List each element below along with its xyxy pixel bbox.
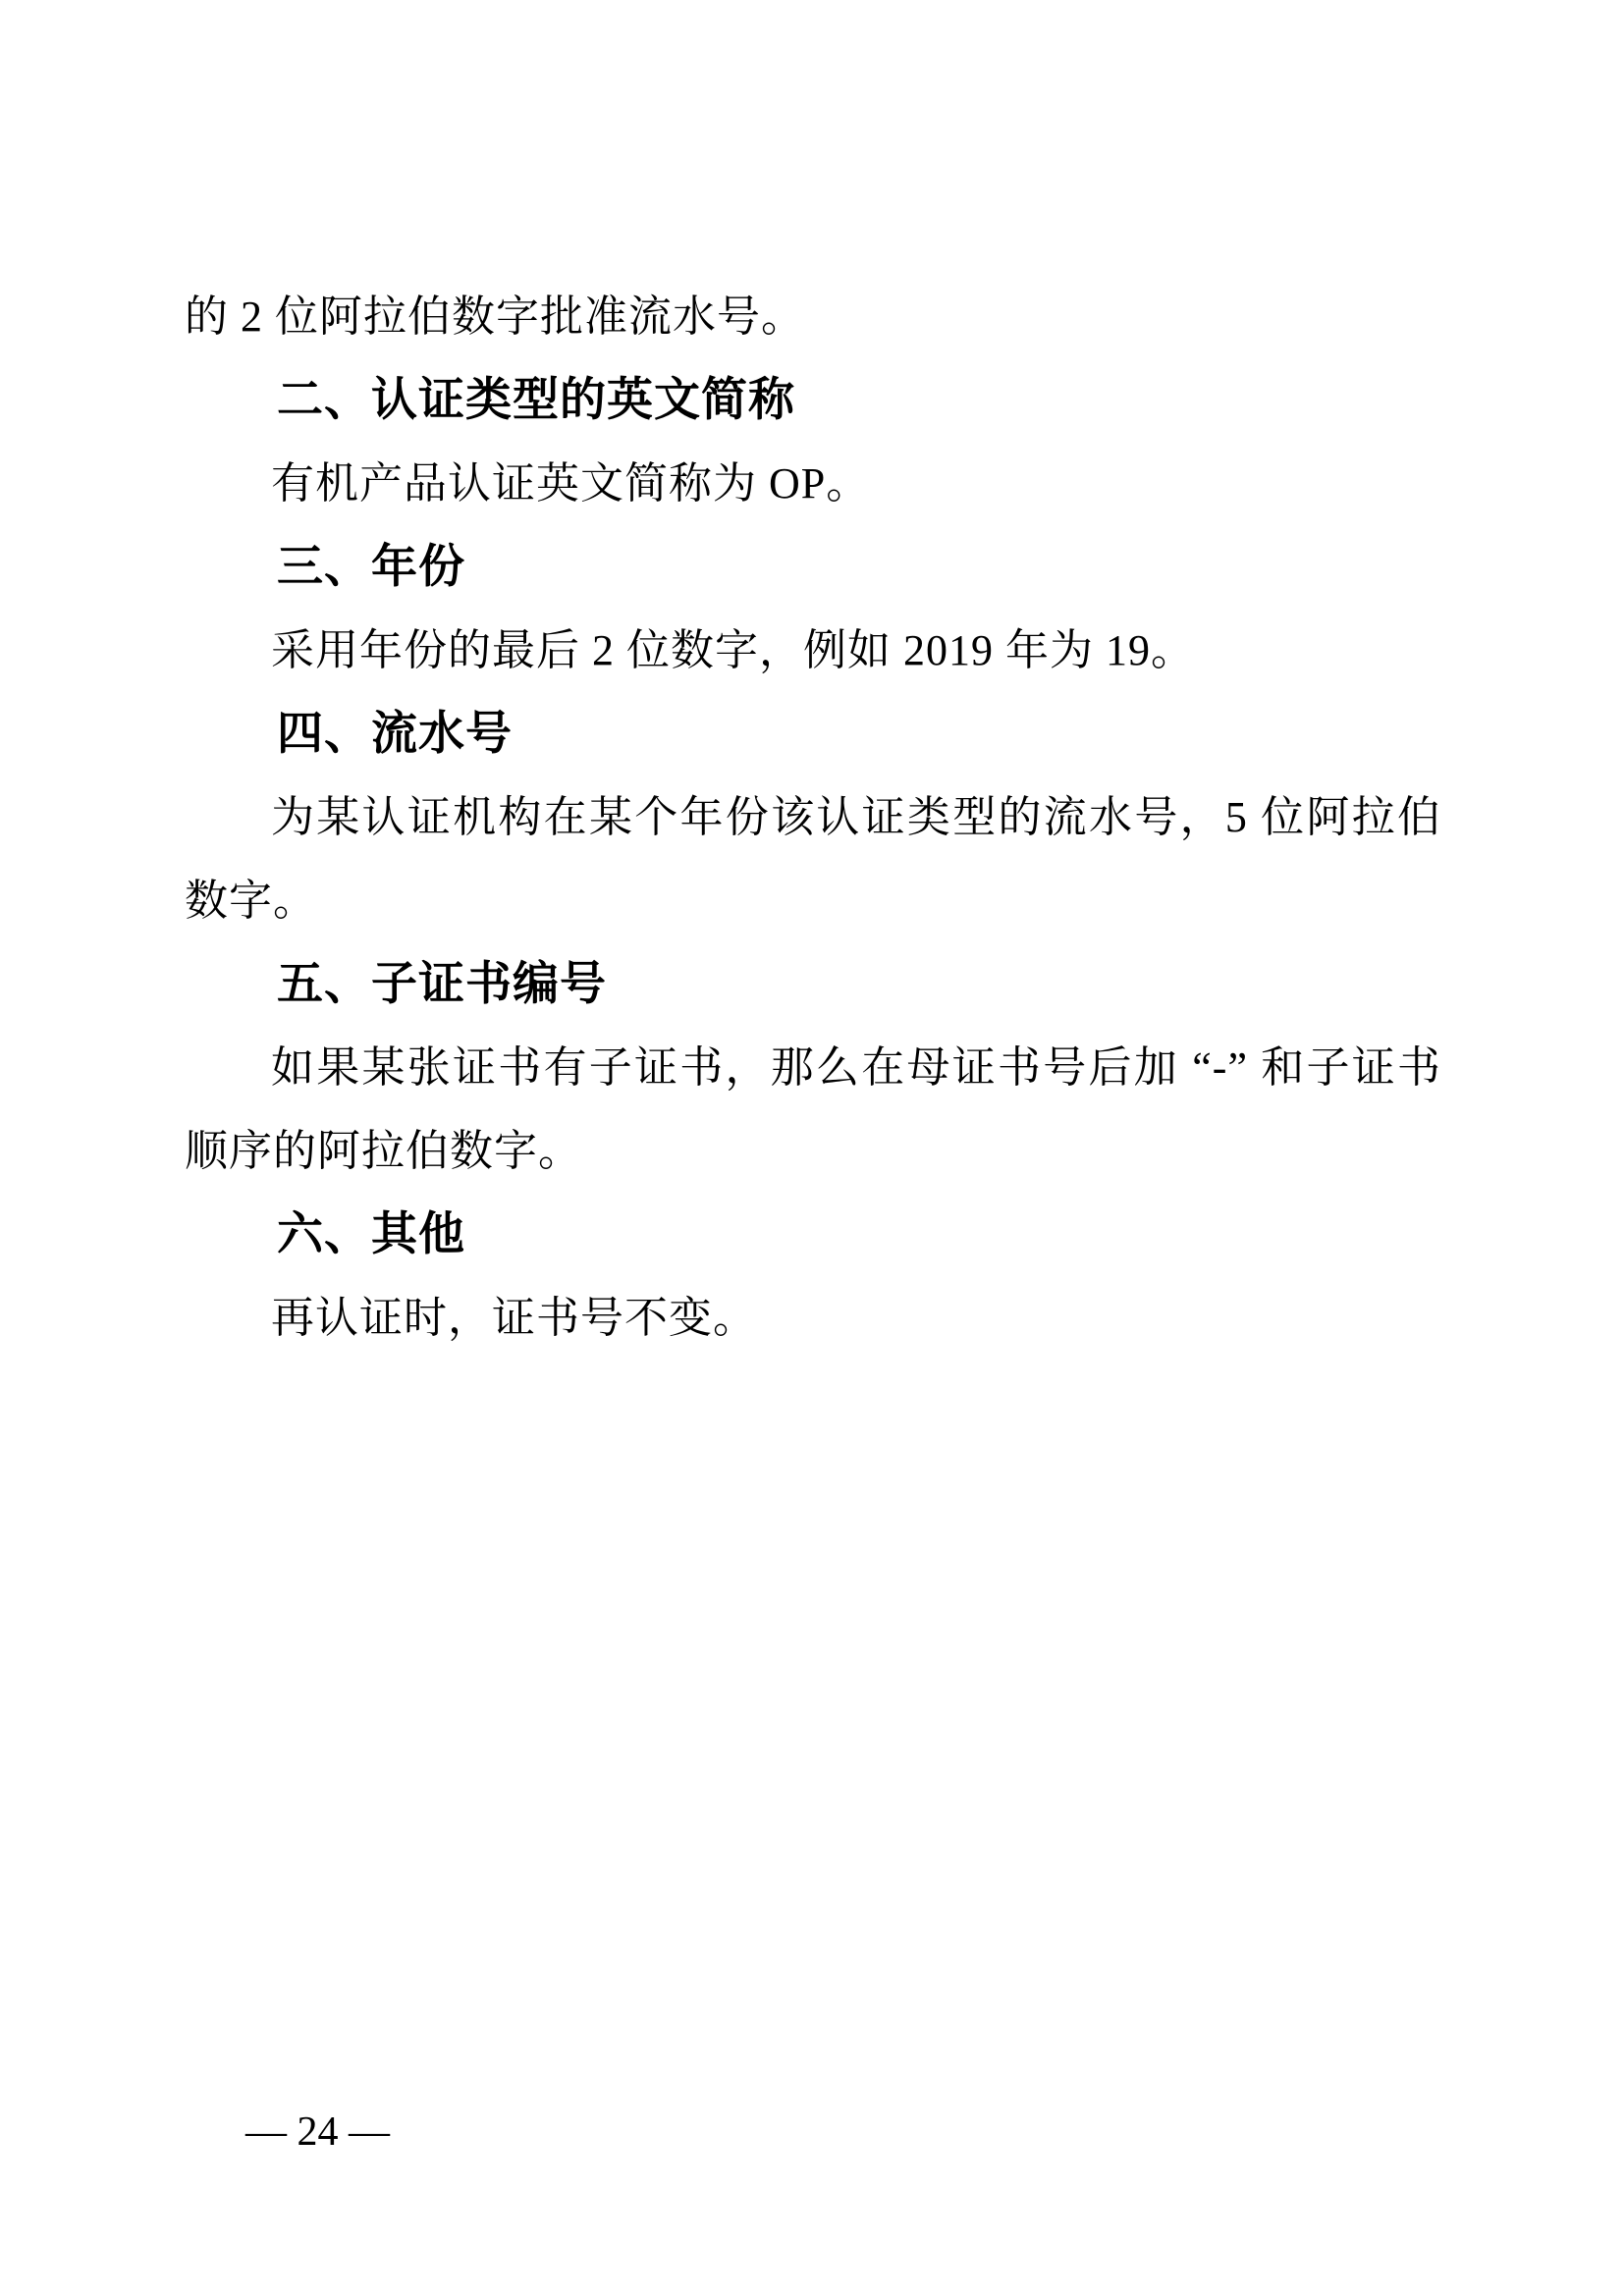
- section-heading-year: 三、年份: [185, 525, 1441, 609]
- page-number: — 24 —: [245, 2103, 390, 2162]
- section-heading-sub-certificate: 五、子证书编号: [185, 942, 1441, 1026]
- section-paragraph-sub-certificate: 如果某张证书有子证书，那么在母证书号后加 “-” 和子证书顺序的阿拉伯数字。: [185, 1026, 1441, 1193]
- section-heading-other: 六、其他: [185, 1193, 1441, 1276]
- section-paragraph-serial-number: 为某认证机构在某个年份该认证类型的流水号，5 位阿拉伯数字。: [185, 775, 1441, 942]
- document-content: 的 2 位阿拉伯数字批准流水号。 二、认证类型的英文简称 有机产品认证英文简称为…: [185, 275, 1441, 1360]
- document-page: 的 2 位阿拉伯数字批准流水号。 二、认证类型的英文简称 有机产品认证英文简称为…: [0, 0, 1624, 2296]
- section-paragraph-english-abbreviation: 有机产品认证英文简称为 OP。: [185, 442, 1441, 525]
- section-paragraph-year: 采用年份的最后 2 位数字，例如 2019 年为 19。: [185, 609, 1441, 692]
- section-paragraph-other: 再认证时，证书号不变。: [185, 1276, 1441, 1360]
- continuation-paragraph: 的 2 位阿拉伯数字批准流水号。: [185, 275, 1441, 358]
- section-heading-english-abbreviation: 二、认证类型的英文简称: [185, 358, 1441, 442]
- section-heading-serial-number: 四、流水号: [185, 692, 1441, 775]
